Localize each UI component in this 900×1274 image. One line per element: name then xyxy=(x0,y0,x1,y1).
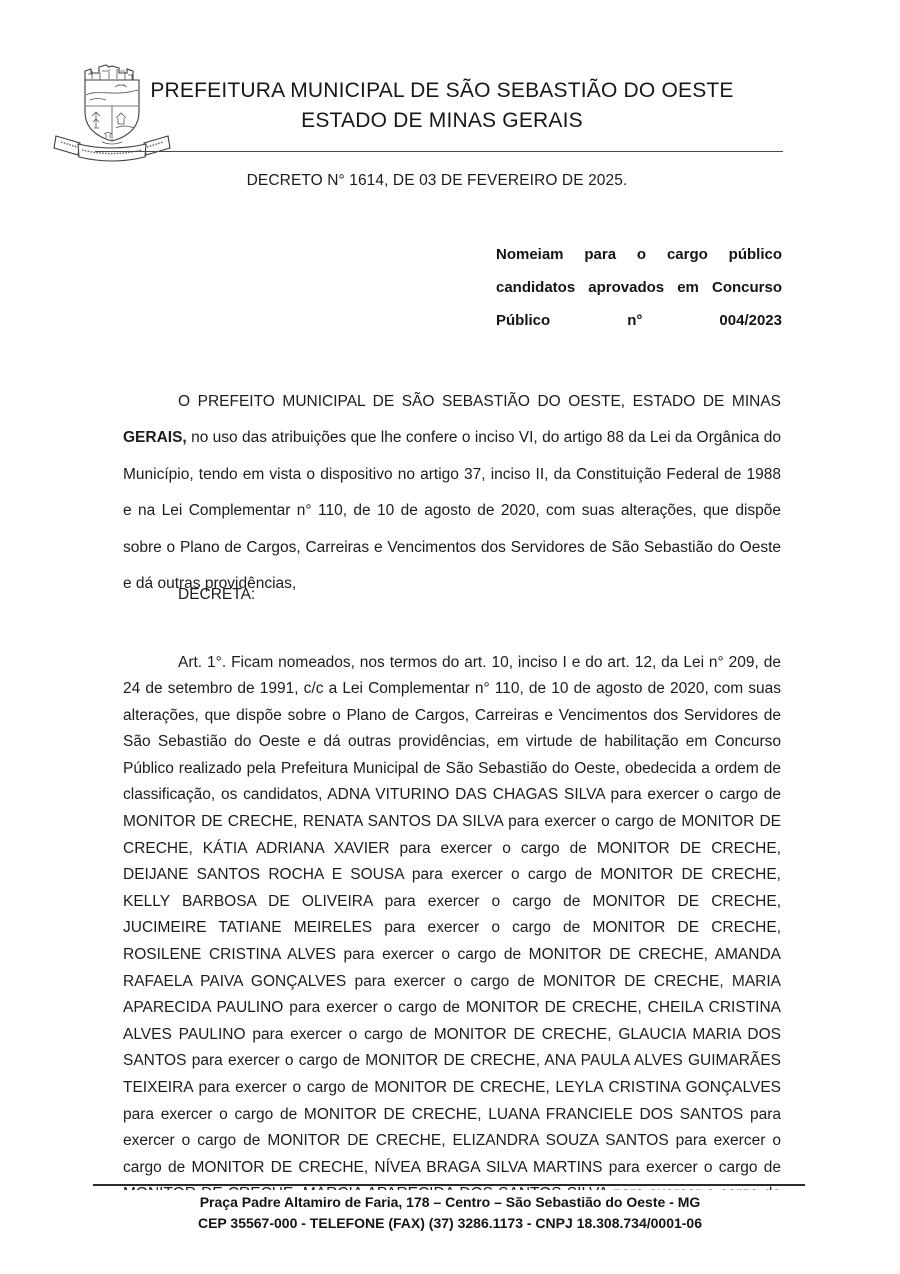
letterhead-title-line2: ESTADO DE MINAS GERAIS xyxy=(100,106,784,136)
letterhead: PREFEITURA MUNICIPAL DE SÃO SEBASTIÃO DO… xyxy=(100,76,784,136)
decree-title: DECRETO N° 1614, DE 03 DE FEVEREIRO DE 2… xyxy=(123,172,751,190)
decree-summary: Nomeiam para o cargo público candidatos … xyxy=(496,238,782,370)
preamble-lead-bold: GERAIS, xyxy=(123,429,187,446)
decree-document-page: PREFEITURA MUNICIPAL DE SÃO SEBASTIÃO DO… xyxy=(0,0,900,1274)
preamble-lead-caps: O PREFEITO MUNICIPAL DE SÃO SEBASTIÃO DO… xyxy=(178,393,781,410)
footer-address: Praça Padre Altamiro de Faria, 178 – Cen… xyxy=(0,1192,900,1213)
footer-divider-line xyxy=(93,1184,805,1186)
preamble-rest: no uso das atribuições que lhe confere o… xyxy=(123,429,781,592)
letterhead-title-line1: PREFEITURA MUNICIPAL DE SÃO SEBASTIÃO DO… xyxy=(100,76,784,106)
decreta-label: DECRETA: xyxy=(123,586,781,604)
article-1-paragraph: Art. 1°. Ficam nomeados, nos termos do a… xyxy=(123,650,781,1235)
footer-contact: CEP 35567-000 - TELEFONE (FAX) (37) 3286… xyxy=(0,1213,900,1234)
preamble-paragraph: O PREFEITO MUNICIPAL DE SÃO SEBASTIÃO DO… xyxy=(123,384,781,604)
header-divider-line xyxy=(95,151,783,152)
footer-block: Praça Padre Altamiro de Faria, 178 – Cen… xyxy=(0,1190,900,1274)
